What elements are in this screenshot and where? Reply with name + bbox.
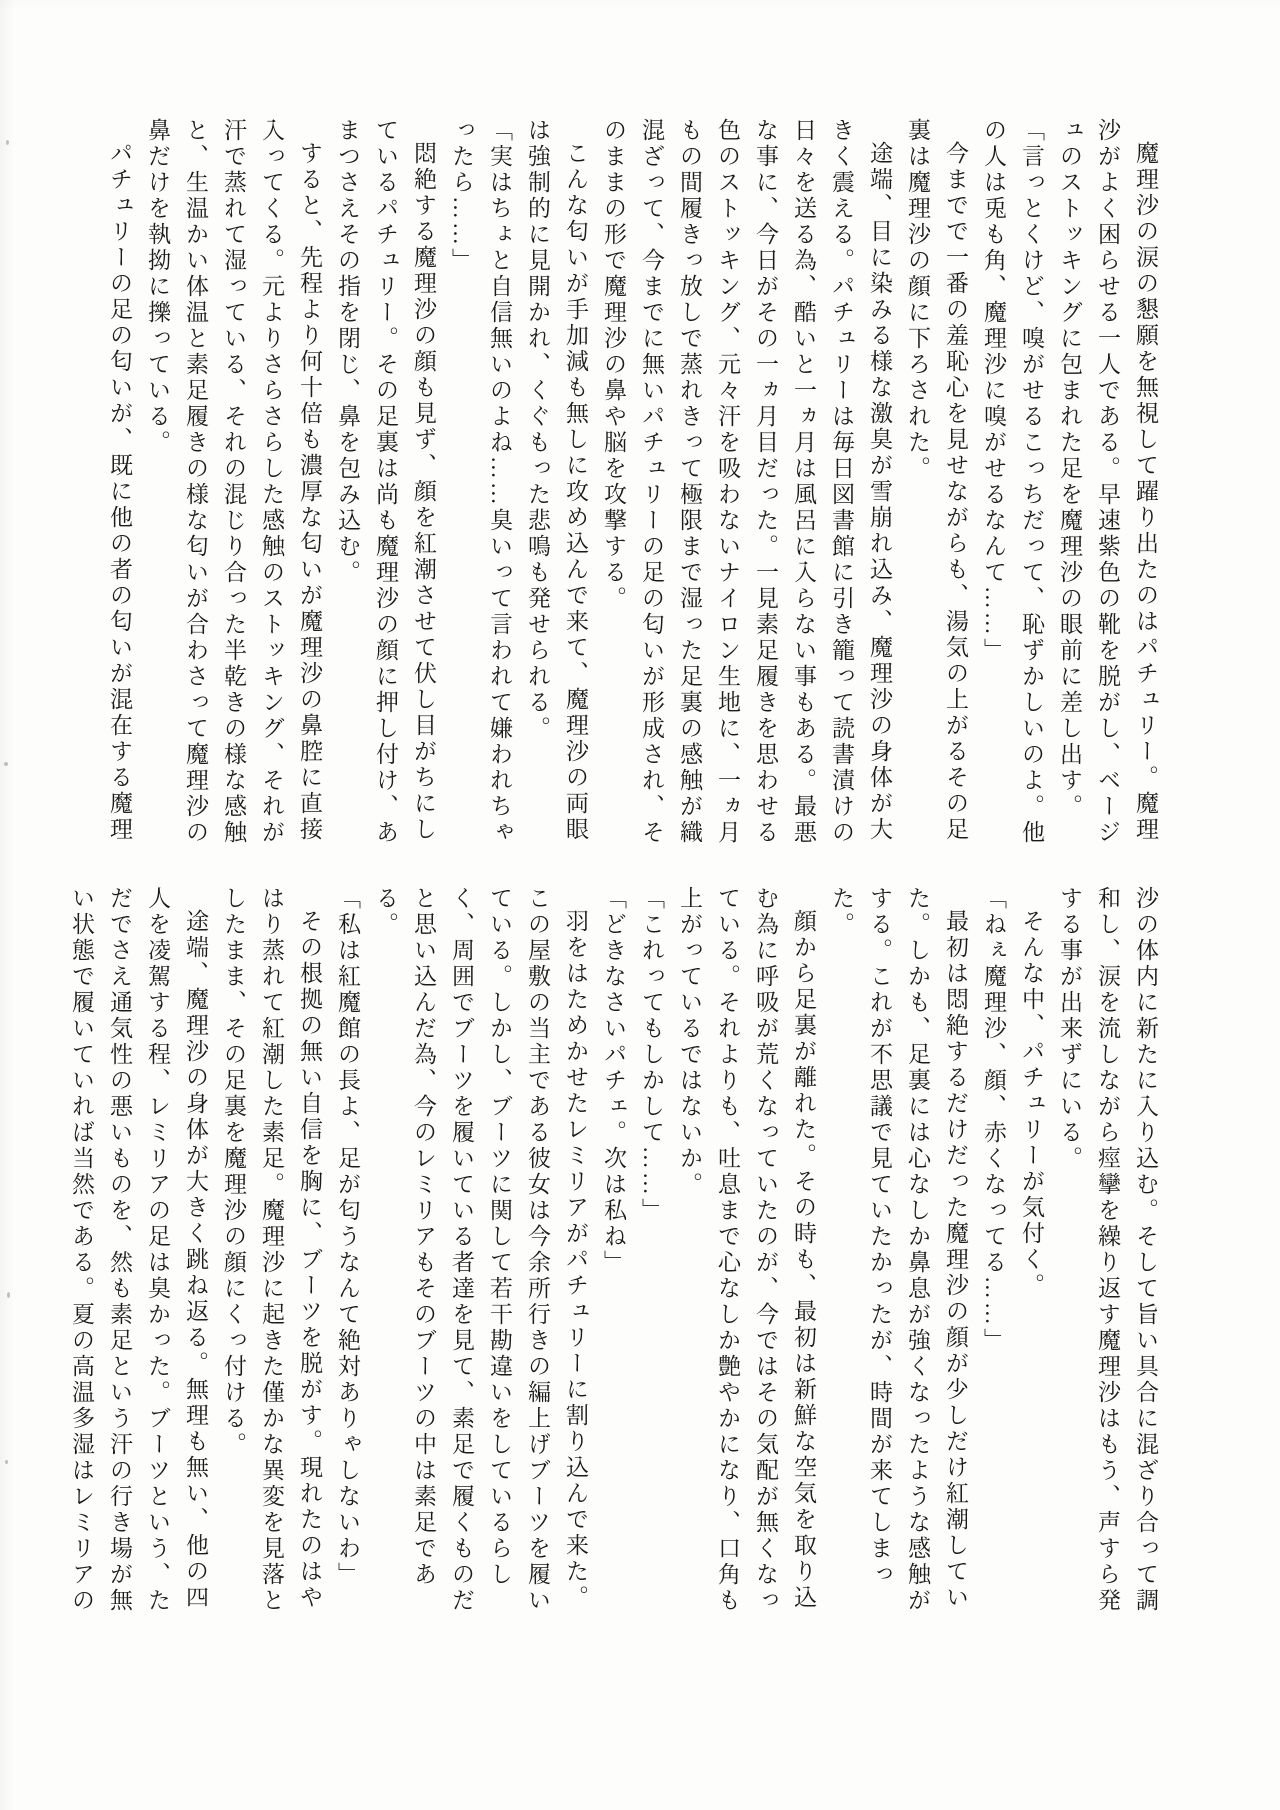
paragraph: 途端、魔理沙の身体が大きく跳ね返る。無理も無い、他の四人を凌駕する程、レミリアの… bbox=[62, 886, 214, 1634]
scan-speck bbox=[5, 1460, 8, 1464]
paragraph: パチュリーの足の匂いが、既に他の者の匂いが混在する魔理 bbox=[100, 118, 138, 860]
paragraph: 「実はちょと自信無いのよね……臭いって言われて嫌われちゃったら……」 bbox=[442, 118, 518, 860]
paragraph: こんな匂いが手加減も無しに攻め込んで来て、魔理沙の両眼は強制的に見開かれ、くぐも… bbox=[518, 118, 594, 860]
paragraph: 「ねぇ魔理沙、顔、赤くなってる……」 bbox=[974, 886, 1012, 1634]
scanned-page: 魔理沙の涙の懇願を無視して躍り出たのはパチュリー。魔理沙がよく困らせる一人である… bbox=[0, 0, 1280, 1810]
paragraph: 羽をはためかせたレミリアがパチュリーに割り込んで来た。この屋敷の当主である彼女は… bbox=[366, 886, 594, 1634]
bottom-text-block: 沙の体内に新たに入り込む。そして旨い具合に混ざり合って調和し、涙を流しながら痙攣… bbox=[62, 886, 1164, 1634]
scan-speck bbox=[7, 1292, 10, 1298]
paragraph: 沙の体内に新たに入り込む。そして旨い具合に混ざり合って調和し、涙を流しながら痙攣… bbox=[1050, 886, 1164, 1634]
paragraph: 悶絶する魔理沙の顔も見ず、顔を紅潮させて伏し目がちにしているパチュリー。その足裏… bbox=[328, 118, 442, 860]
paragraph: すると、先程より何十倍も濃厚な匂いが魔理沙の鼻腔に直接入ってくる。元よりさらさら… bbox=[138, 118, 328, 860]
paragraph: その根拠の無い自信を胸に、ブーツを脱がす。現れたのはやはり蒸れて紅潮した素足。魔… bbox=[214, 886, 328, 1634]
paragraph: 顔から足裏が離れた。その時も、最初は新鮮な空気を取り込む為に呼吸が荒くなっていた… bbox=[670, 886, 822, 1634]
paragraph: そんな中、パチュリーが気付く。 bbox=[1012, 886, 1050, 1634]
paragraph: 途端、目に染みる様な激臭が雪崩れ込み、魔理沙の身体が大きく震える。パチュリーは毎… bbox=[594, 118, 898, 860]
paragraph: 「どきなさいパチェ。次は私ね」 bbox=[594, 886, 632, 1634]
paragraph: 魔理沙の涙の懇願を無視して躍り出たのはパチュリー。魔理沙がよく困らせる一人である… bbox=[1050, 118, 1164, 860]
scan-speck bbox=[6, 140, 9, 145]
top-text-block: 魔理沙の涙の懇願を無視して躍り出たのはパチュリー。魔理沙がよく困らせる一人である… bbox=[100, 118, 1164, 860]
paragraph: 「これってもしかして……」 bbox=[632, 886, 670, 1634]
paragraph: 最初は悶絶するだけだった魔理沙の顔が少しだけ紅潮していた。しかも、足裏には心なし… bbox=[822, 886, 974, 1634]
paragraph: 「言っとくけど、嗅がせるこっちだって、恥ずかしいのよ。他の人は兎も角、魔理沙に嗅… bbox=[974, 118, 1050, 860]
scan-speck bbox=[4, 762, 8, 766]
paragraph: 今までで一番の羞恥心を見せながらも、湯気の上がるその足裏は魔理沙の顔に下ろされた… bbox=[898, 118, 974, 860]
paragraph: 「私は紅魔館の長よ、足が匂うなんて絶対ありゃしないわ」 bbox=[328, 886, 366, 1634]
